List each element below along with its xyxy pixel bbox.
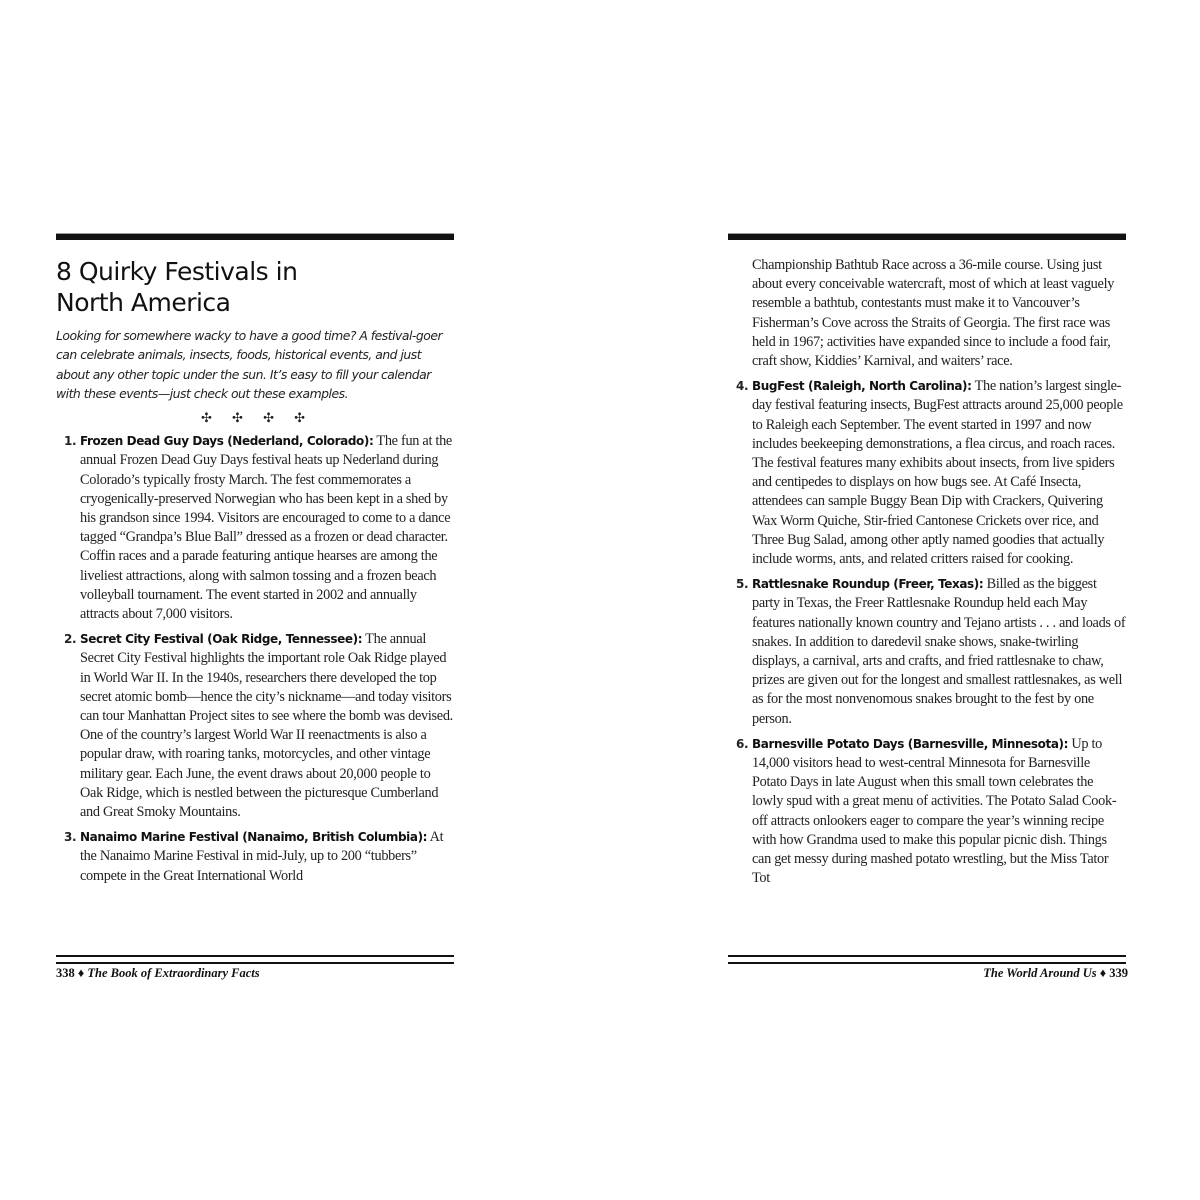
festival-entry-2: 2. Secret City Festival (Oak Ridge, Tenn…: [56, 630, 454, 822]
title-line-1: 8 Quirky Festivals in: [56, 257, 297, 286]
diamond-separator-icon: ♦: [78, 966, 84, 980]
entry-text: The fun at the annual Frozen Dead Guy Da…: [80, 433, 452, 622]
entry-number: 1.: [64, 432, 76, 451]
entry-heading: Secret City Festival (Oak Ridge, Tenness…: [80, 632, 362, 646]
entry-heading: Barnesville Potato Days (Barnesville, Mi…: [752, 737, 1068, 751]
entry-text: The nation’s largest single-day festival…: [752, 378, 1123, 567]
running-title: The World Around Us: [983, 966, 1096, 980]
continued-paragraph: Championship Bathtub Race across a 36-mi…: [728, 256, 1126, 371]
top-rule-left: [56, 233, 454, 240]
page-number: 339: [1109, 966, 1128, 980]
chapter-title: 8 Quirky Festivals in North America: [56, 256, 454, 318]
entry-number: 6.: [736, 735, 748, 754]
entry-heading: Nanaimo Marine Festival (Nanaimo, Britis…: [80, 830, 427, 844]
entry-heading: Frozen Dead Guy Days (Nederland, Colorad…: [80, 434, 373, 448]
entry-number: 4.: [736, 377, 748, 396]
right-page: Championship Bathtub Race across a 36-mi…: [728, 233, 1126, 895]
folio-left: 338 ♦ The Book of Extraordinary Facts: [56, 966, 260, 981]
festival-list-left: 1. Frozen Dead Guy Days (Nederland, Colo…: [56, 432, 454, 886]
festival-entry-5: 5. Rattlesnake Roundup (Freer, Texas): B…: [728, 575, 1126, 729]
intro-paragraph: Looking for somewhere wacky to have a go…: [56, 326, 454, 403]
bottom-rule-right: [728, 955, 1126, 964]
page-number: 338: [56, 966, 75, 980]
title-line-2: North America: [56, 288, 231, 317]
festival-list-right: 4. BugFest (Raleigh, North Carolina): Th…: [728, 377, 1126, 888]
left-page: 8 Quirky Festivals in North America Look…: [56, 233, 454, 892]
entry-number: 3.: [64, 828, 76, 847]
top-rule-right: [728, 233, 1126, 240]
entry-number: 5.: [736, 575, 748, 594]
bottom-rule-left: [56, 955, 454, 964]
entry-text: The annual Secret City Festival highligh…: [80, 631, 453, 820]
festival-entry-4: 4. BugFest (Raleigh, North Carolina): Th…: [728, 377, 1126, 569]
festival-entry-6: 6. Barnesville Potato Days (Barnesville,…: [728, 735, 1126, 889]
folio-right: The World Around Us ♦ 339: [983, 966, 1128, 981]
festival-entry-1: 1. Frozen Dead Guy Days (Nederland, Colo…: [56, 432, 454, 624]
entry-heading: BugFest (Raleigh, North Carolina):: [752, 379, 972, 393]
diamond-separator-icon: ♦: [1100, 966, 1106, 980]
entry-text: Up to 14,000 visitors head to west-centr…: [752, 736, 1116, 886]
festival-entry-3: 3. Nanaimo Marine Festival (Nanaimo, Bri…: [56, 828, 454, 886]
entry-number: 2.: [64, 630, 76, 649]
entry-heading: Rattlesnake Roundup (Freer, Texas):: [752, 577, 983, 591]
running-title: The Book of Extraordinary Facts: [87, 966, 259, 980]
entry-text: Billed as the biggest party in Texas, th…: [752, 576, 1125, 726]
ornament-divider-icon: ✣ ✣ ✣ ✣: [56, 411, 454, 426]
